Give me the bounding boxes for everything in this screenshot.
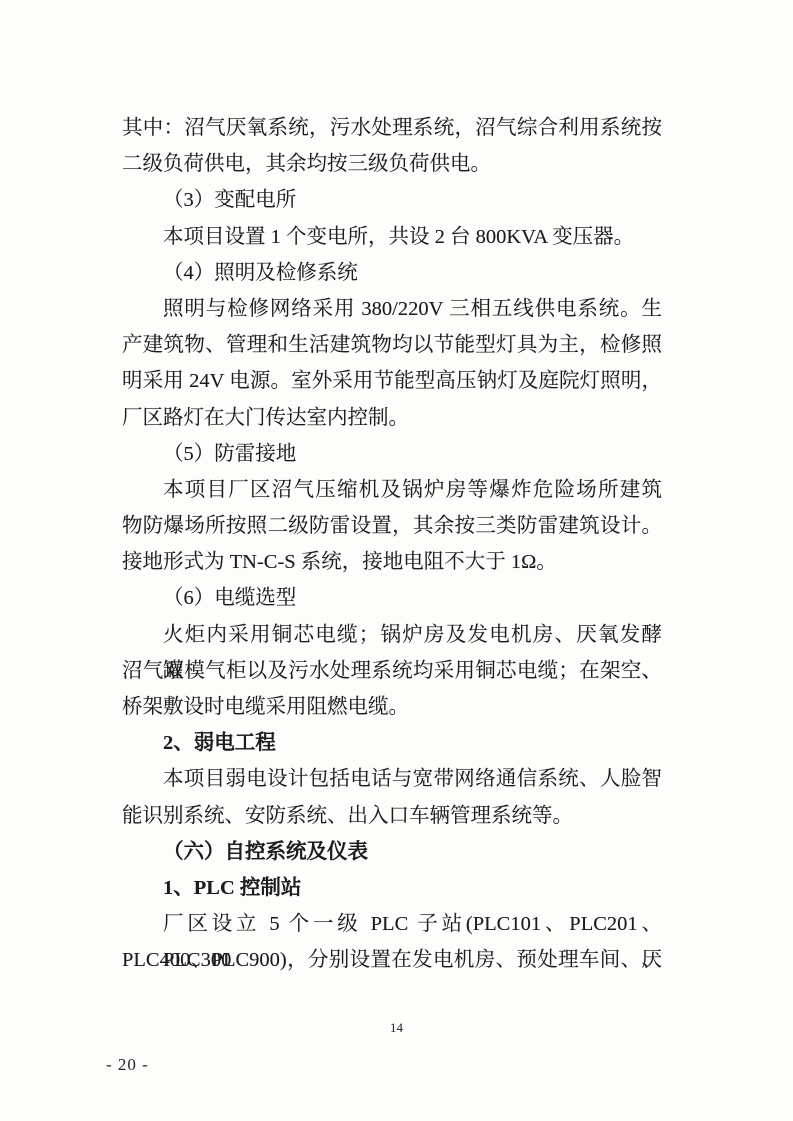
text-line: （5）防雷接地 <box>122 436 662 472</box>
text-line: 本项目设置 1 个变电所，共设 2 台 800KVA 变压器。 <box>122 219 662 255</box>
text-line: 其中：沼气厌氧系统，污水处理系统，沼气综合利用系统按 <box>122 110 662 146</box>
text-line: （六）自控系统及仪表 <box>122 834 662 870</box>
inner-page-number: 14 <box>0 1018 793 1038</box>
text-line: 物防爆场所按照二级防雷设置，其余按三类防雷建筑设计。 <box>122 508 662 544</box>
text-line: 厂区路灯在大门传达室内控制。 <box>122 400 662 436</box>
text-line: 沼气双模气柜以及污水处理系统均采用铜芯电缆；在架空、 <box>122 653 662 689</box>
text-line: 2、弱电工程 <box>122 725 662 761</box>
text-line: 火炬内采用铜芯电缆；锅炉房及发电机房、厌氧发酵罐、 <box>122 617 662 653</box>
document-body: 其中：沼气厌氧系统，污水处理系统，沼气综合利用系统按二级负荷供电，其余均按三级负… <box>122 110 662 979</box>
text-line: 二级负荷供电，其余均按三级负荷供电。 <box>122 146 662 182</box>
text-line: 照明与检修网络采用 380/220V 三相五线供电系统。生 <box>122 291 662 327</box>
text-line: 产建筑物、管理和生活建筑物均以节能型灯具为主，检修照 <box>122 327 662 363</box>
text-line: 1、PLC 控制站 <box>122 870 662 906</box>
text-line: 本项目厂区沼气压缩机及锅炉房等爆炸危险场所建筑 <box>122 472 662 508</box>
text-line: 本项目弱电设计包括电话与宽带网络通信系统、人脸智 <box>122 761 662 797</box>
outer-page-number: - 20 - <box>106 1053 149 1077</box>
text-line: 能识别系统、安防系统、出入口车辆管理系统等。 <box>122 798 662 834</box>
text-line: 桥架敷设时电缆采用阻燃电缆。 <box>122 689 662 725</box>
text-line: （6）电缆选型 <box>122 580 662 616</box>
text-line: 明采用 24V 电源。室外采用节能型高压钠灯及庭院灯照明， <box>122 363 662 399</box>
text-line: （4）照明及检修系统 <box>122 255 662 291</box>
text-line: （3）变配电所 <box>122 182 662 218</box>
text-line: PLC400、PLC900)，分别设置在发电机房、预处理车间、厌 <box>122 942 662 978</box>
document-page: 其中：沼气厌氧系统，污水处理系统，沼气综合利用系统按二级负荷供电，其余均按三级负… <box>0 0 793 1121</box>
text-line: 接地形式为 TN-C-S 系统，接地电阻不大于 1Ω。 <box>122 544 662 580</box>
text-line: 厂区设立 5 个一级 PLC 子站(PLC101、PLC201、PLC300、 <box>122 906 662 942</box>
